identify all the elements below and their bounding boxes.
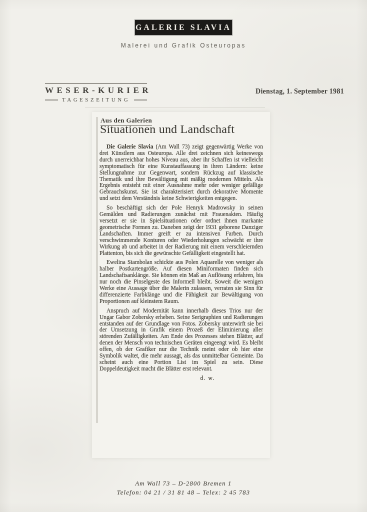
article-headline: Situationen und Landschaft [100,123,235,137]
column-rule [97,117,98,423]
scan-fold-line [85,107,265,108]
newspaper-type-row: TAGESZEITUNG [45,97,147,103]
footer-contact: Telefon: 04 21 / 31 81 48 – Telex: 2 45 … [0,488,367,497]
article-paragraph-3: Ewelina Stambolan schickte aus Polen Aqu… [100,260,264,305]
footer-address: Am Wall 73 – D-2800 Bremen 1 [0,479,367,488]
newspaper-masthead: WESER-KURIER TAGESZEITUNG [45,83,153,103]
issue-date: Dienstag, 1. September 1981 [256,88,345,96]
gallery-subtitle: Malerei und Grafik Osteuropas [0,42,367,49]
masthead-rule [45,83,147,84]
scan-paper: GALERIE SLAVIA Malerei und Grafik Osteur… [0,0,367,512]
article-body: Die Galerie Slavia (Am Wall 73) zeigt ge… [100,144,264,382]
letterhead-footer: Am Wall 73 – D-2800 Bremen 1 Telefon: 04… [0,479,367,497]
newspaper-type: TAGESZEITUNG [62,97,130,103]
newspaper-name: WESER-KURIER [45,86,153,96]
dash-rule-left [45,100,58,101]
gallery-name: GALERIE SLAVIA [135,24,231,33]
article-paragraph-2: So beschäftigt sich der Pole Henryk Madr… [100,205,264,257]
article-paragraph-4: Anspruch auf Modernität kann innerhalb d… [100,308,264,373]
paragraph-text: Anspruch auf Modernität kann innerhalb d… [100,307,264,372]
scanned-letterhead-page: GALERIE SLAVIA Malerei und Grafik Osteur… [0,0,367,512]
article-paragraph-1: Die Galerie Slavia (Am Wall 73) zeigt ge… [100,144,264,202]
gallery-name-banner: GALERIE SLAVIA [135,20,232,35]
author-initials: d. w. [100,375,264,381]
paragraph-text: (Am Wall 73) zeigt gegenwärtig Werke von… [100,144,264,202]
paragraph-text: So beschäftigt sich der Pole Henryk Madr… [100,205,264,257]
paragraph-text: Ewelina Stambolan schickte aus Polen Aqu… [100,259,264,304]
newspaper-clipping: Aus den Galerien Situationen und Landsch… [92,112,270,458]
dash-rule-right [134,100,147,101]
